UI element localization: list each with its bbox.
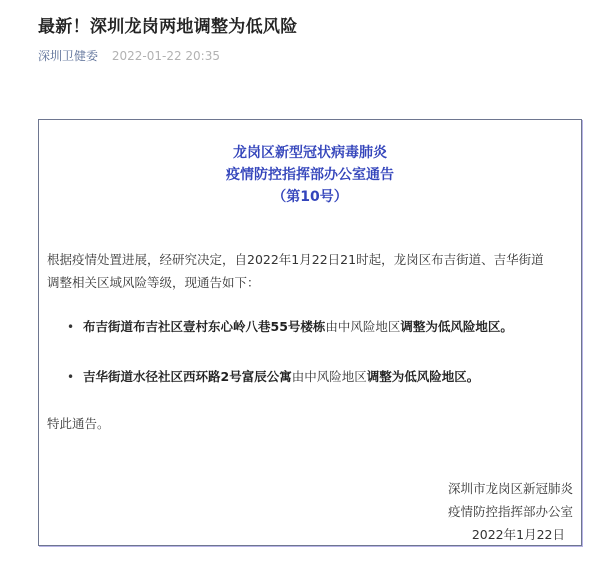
item-from: 由中风险地区 — [292, 369, 367, 384]
signature-line1: 深圳市龙岗区新冠肺炎 — [448, 477, 573, 500]
signature-date: 2022年1月22日 — [448, 523, 573, 546]
item-from: 由中风险地区 — [325, 319, 400, 334]
signature: 深圳市龙岗区新冠肺炎 疫情防控指挥部办公室 2022年1月22日 — [448, 477, 573, 546]
notice-title: 龙岗区新型冠状病毒肺炎 疫情防控指挥部办公室通告 （第10号） — [39, 142, 581, 208]
article-meta: 深圳卫健委 2022-01-22 20:35 — [38, 49, 220, 63]
notice-title-line1: 龙岗区新型冠状病毒肺炎 — [39, 142, 581, 164]
notice-number: （第10号） — [39, 186, 581, 208]
item-result: 调整为低风险地区。 — [400, 319, 513, 334]
item-result: 调整为低风险地区。 — [367, 369, 480, 384]
source-link[interactable]: 深圳卫健委 — [38, 49, 98, 63]
article-title: 最新！深圳龙岗两地调整为低风险 — [38, 12, 298, 37]
bullet-icon: • — [67, 367, 83, 387]
closing-text: 特此通告。 — [47, 414, 110, 434]
item-location: 吉华街道水径社区西环路2号富辰公寓 — [83, 369, 292, 384]
signature-line2: 疫情防控指挥部办公室 — [448, 500, 573, 523]
list-item: •布吉街道布吉社区壹村东心岭八巷55号楼栋由中风险地区调整为低风险地区。 — [67, 317, 573, 337]
notice-paragraph: 根据疫情处置进展，经研究决定，自2022年1月22日21时起，龙岗区布吉街道、吉… — [47, 248, 573, 294]
list-item: •吉华街道水径社区西环路2号富辰公寓由中风险地区调整为低风险地区。 — [67, 367, 573, 387]
paragraph-line2: 调整相关区域风险等级，现通告如下： — [47, 271, 573, 294]
paragraph-line1: 根据疫情处置进展，经研究决定，自2022年1月22日21时起，龙岗区布吉街道、吉… — [47, 248, 573, 271]
bullet-icon: • — [67, 317, 83, 337]
item-location: 布吉街道布吉社区壹村东心岭八巷55号楼栋 — [83, 319, 325, 334]
notice-title-line2: 疫情防控指挥部办公室通告 — [39, 164, 581, 186]
notice-box: 龙岗区新型冠状病毒肺炎 疫情防控指挥部办公室通告 （第10号） 根据疫情处置进展… — [38, 119, 582, 546]
publish-time: 2022-01-22 20:35 — [112, 49, 220, 63]
